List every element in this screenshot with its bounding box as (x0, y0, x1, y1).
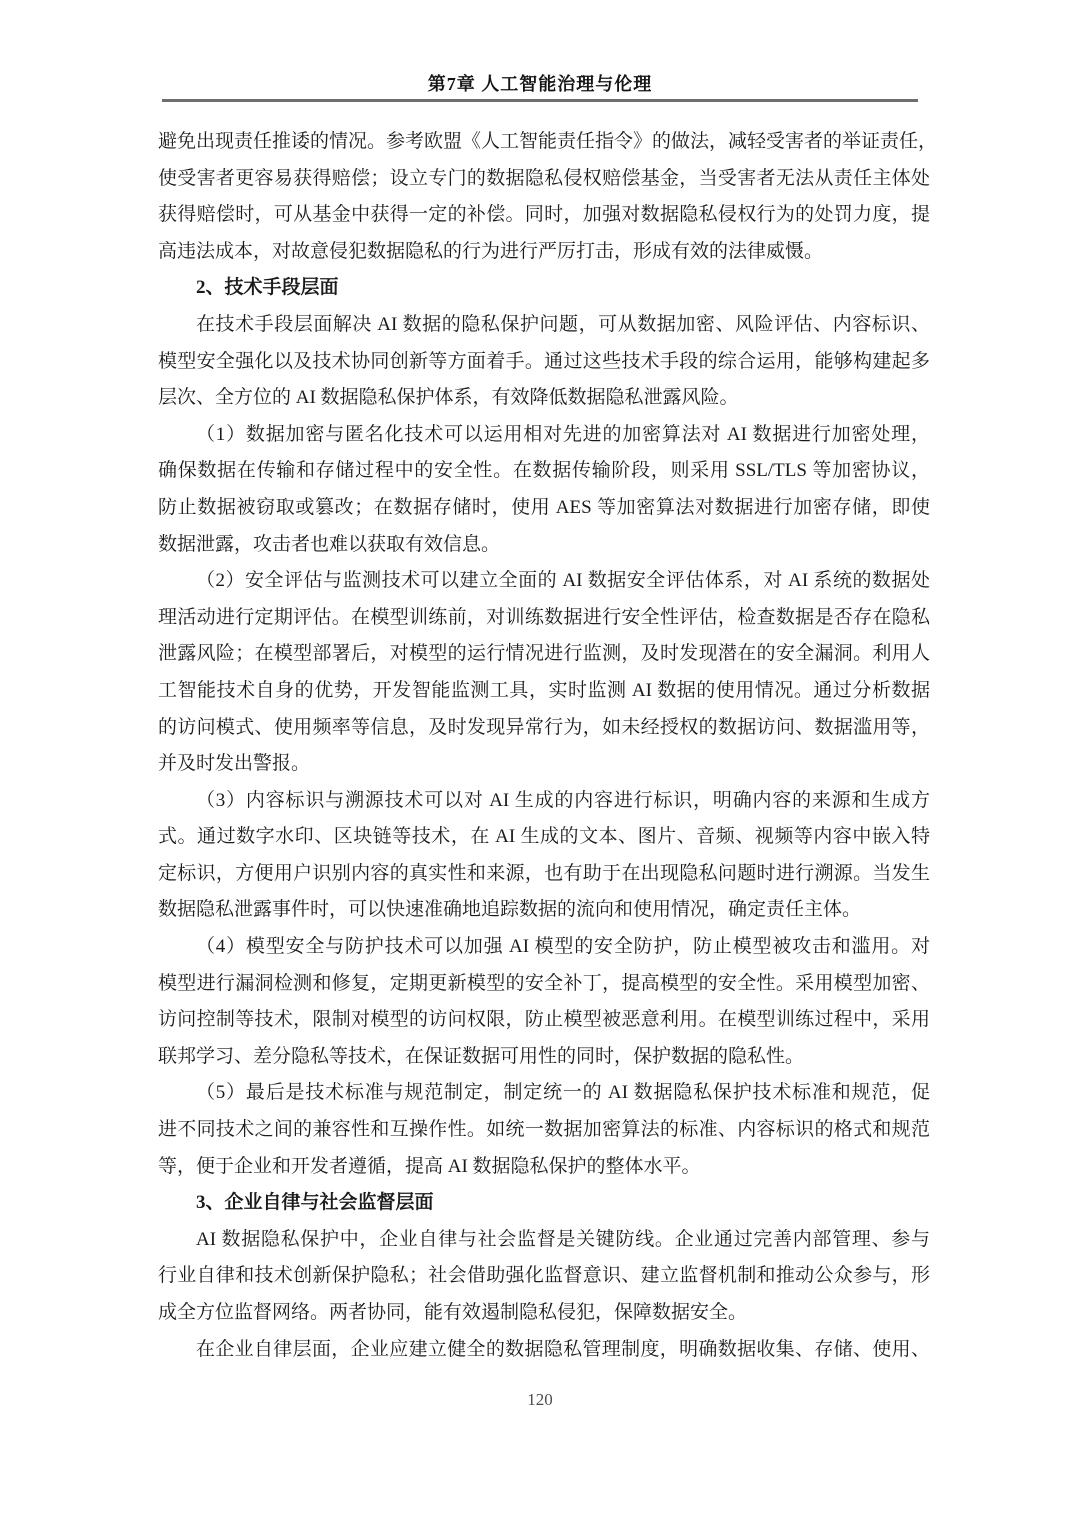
text-line: 获得赔偿时，可从基金中获得一定的补偿。同时，加强对数据隐私侵权行为的处罚力度，提 (158, 197, 930, 234)
text-line: 在企业自律层面，企业应建立健全的数据隐私管理制度，明确数据收集、存储、使用、 (158, 1332, 930, 1369)
text-line: 并及时发出警报。 (158, 746, 930, 783)
text-line: 行业自律和技术创新保护隐私；社会借助强化监督意识、建立监督机制和推动公众参与，形 (158, 1258, 930, 1295)
text-line: 数据隐私泄露事件时，可以快速准确地追踪数据的流向和使用情况，确定责任主体。 (158, 892, 930, 929)
text-line: （2）安全评估与监测技术可以建立全面的 AI 数据安全评估体系，对 AI 系统的… (158, 563, 930, 600)
text-line: 避免出现责任推诿的情况。参考欧盟《人工智能责任指令》的做法，减轻受害者的举证责任… (158, 124, 930, 161)
text-line: 工智能技术自身的优势，开发智能监测工具，实时监测 AI 数据的使用情况。通过分析… (158, 673, 930, 710)
text-line: 确保数据在传输和存储过程中的安全性。在数据传输阶段，则采用 SSL/TLS 等加… (158, 453, 930, 490)
text-line: （3）内容标识与溯源技术可以对 AI 生成的内容进行标识，明确内容的来源和生成方 (158, 783, 930, 820)
page-header-title: 第7章 人工智能治理与伦理 (0, 70, 1080, 96)
text-line: 访问控制等技术，限制对模型的访问权限，防止模型被恶意利用。在模型训练过程中，采用 (158, 1002, 930, 1039)
page-number: 120 (0, 1390, 1080, 1410)
text-line: 在技术手段层面解决 AI 数据的隐私保护问题，可从数据加密、风险评估、内容标识、 (158, 307, 930, 344)
text-line: 泄露风险；在模型部署后，对模型的运行情况进行监测，及时发现潜在的安全漏洞。利用人 (158, 636, 930, 673)
text-line: 防止数据被窃取或篡改；在数据存储时，使用 AES 等加密算法对数据进行加密存储，… (158, 490, 930, 527)
text-line: （4）模型安全与防护技术可以加强 AI 模型的安全防护，防止模型被攻击和滥用。对 (158, 929, 930, 966)
text-line: 模型安全强化以及技术协同创新等方面着手。通过这些技术手段的综合运用，能够构建起多 (158, 344, 930, 381)
header-divider-rule (162, 99, 918, 102)
text-line: 等，便于企业和开发者遵循，提高 AI 数据隐私保护的整体水平。 (158, 1149, 930, 1186)
text-line: 数据泄露，攻击者也难以获取有效信息。 (158, 527, 930, 564)
text-line: 式。通过数字水印、区块链等技术，在 AI 生成的文本、图片、音频、视频等内容中嵌… (158, 819, 930, 856)
page-body: 避免出现责任推诿的情况。参考欧盟《人工智能责任指令》的做法，减轻受害者的举证责任… (158, 124, 930, 1368)
section-heading: 2、技术手段层面 (158, 270, 930, 307)
text-line: 成全方位监督网络。两者协同，能有效遏制隐私侵犯，保障数据安全。 (158, 1295, 930, 1332)
text-line: 进不同技术之间的兼容性和互操作性。如统一数据加密算法的标准、内容标识的格式和规范 (158, 1112, 930, 1149)
text-line: AI 数据隐私保护中，企业自律与社会监督是关键防线。企业通过完善内部管理、参与 (158, 1222, 930, 1259)
text-line: 定标识，方便用户识别内容的真实性和来源，也有助于在出现隐私问题时进行溯源。当发生 (158, 856, 930, 893)
text-line: 的访问模式、使用频率等信息，及时发现异常行为，如未经授权的数据访问、数据滥用等， (158, 710, 930, 747)
text-line: （5）最后是技术标准与规范制定，制定统一的 AI 数据隐私保护技术标准和规范，促 (158, 1075, 930, 1112)
text-line: 理活动进行定期评估。在模型训练前，对训练数据进行安全性评估，检查数据是否存在隐私 (158, 600, 930, 637)
section-heading: 3、企业自律与社会监督层面 (158, 1185, 930, 1222)
text-line: （1）数据加密与匿名化技术可以运用相对先进的加密算法对 AI 数据进行加密处理， (158, 417, 930, 454)
text-line: 联邦学习、差分隐私等技术，在保证数据可用性的同时，保护数据的隐私性。 (158, 1039, 930, 1076)
text-line: 模型进行漏洞检测和修复，定期更新模型的安全补丁，提高模型的安全性。采用模型加密、 (158, 966, 930, 1003)
text-line: 使受害者更容易获得赔偿；设立专门的数据隐私侵权赔偿基金，当受害者无法从责任主体处 (158, 161, 930, 198)
text-line: 高违法成本，对故意侵犯数据隐私的行为进行严厉打击，形成有效的法律威慑。 (158, 234, 930, 271)
text-line: 层次、全方位的 AI 数据隐私保护体系，有效降低数据隐私泄露风险。 (158, 380, 930, 417)
